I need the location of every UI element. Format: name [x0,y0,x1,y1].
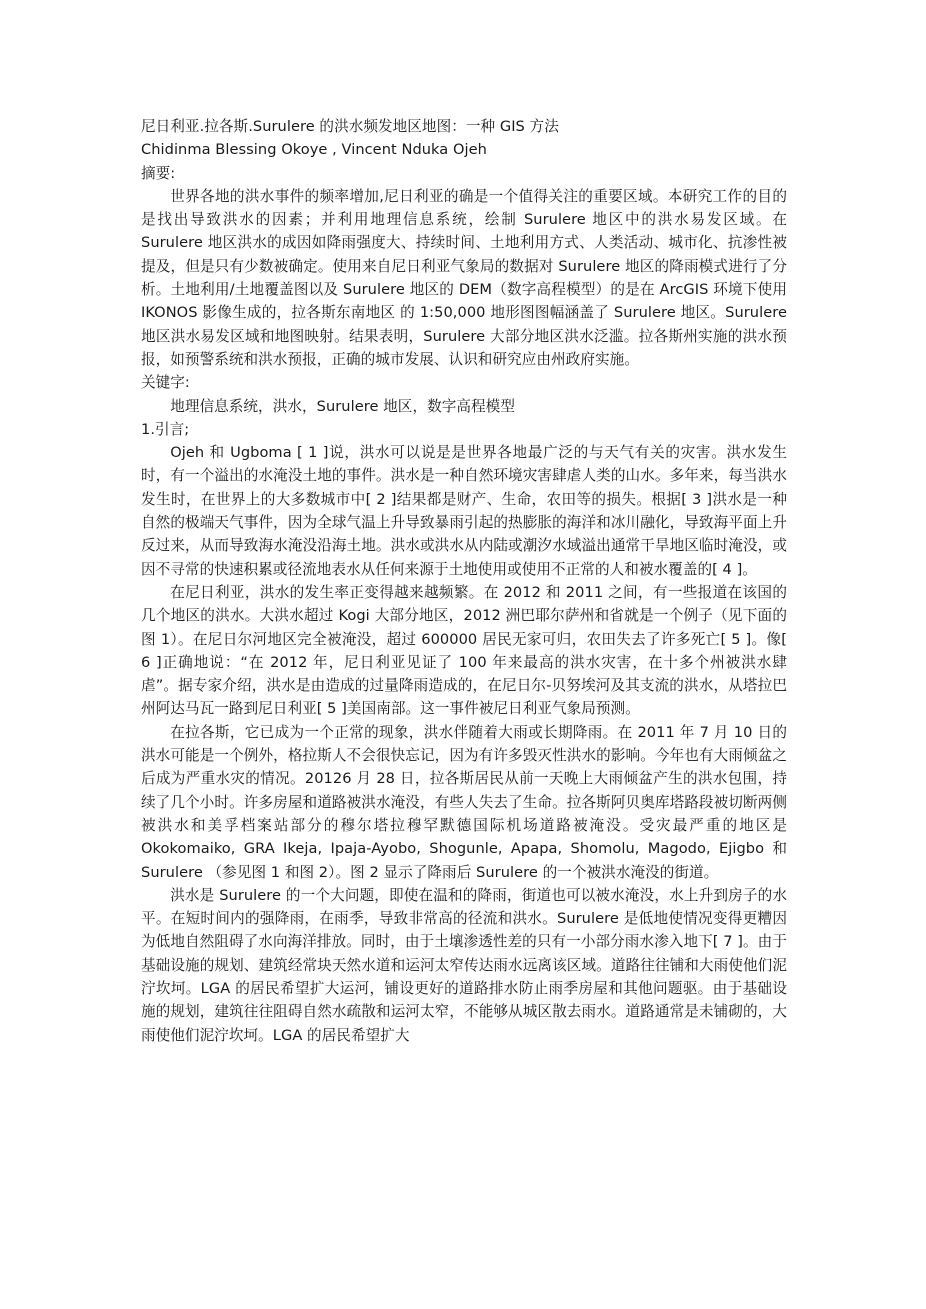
body-paragraph: 在拉各斯，它已成为一个正常的现象，洪水伴随着大雨或长期降雨。在 2011 年 7… [141,721,787,884]
abstract-heading: 摘要: [141,162,787,185]
body-paragraph: 洪水是 Surulere 的一个大问题，即使在温和的降雨，街道也可以被水淹没，水… [141,884,787,1047]
body-paragraph: 在尼日利亚，洪水的发生率正变得越来越频繁。在 2012 和 2011 之间，有一… [141,581,787,721]
keywords-text: 地理信息系统，洪水，Surulere 地区，数字高程模型 [141,395,787,418]
paper-authors: Chidinma Blessing Okoye , Vincent Nduka … [141,138,787,161]
section-heading-introduction: 1.引言; [141,418,787,441]
abstract-text: 世界各地的洪水事件的频率增加,尼日利亚的确是一个值得关注的重要区域。本研究工作的… [141,185,787,371]
keywords-heading: 关键字: [141,371,787,394]
document-page: 尼日利亚.拉各斯.Surulere 的洪水频发地区地图：一种 GIS 方法 Ch… [141,115,787,1047]
paper-title: 尼日利亚.拉各斯.Surulere 的洪水频发地区地图：一种 GIS 方法 [141,115,787,138]
body-paragraph: Ojeh 和 Ugboma [ 1 ]说，洪水可以说是是世界各地最广泛的与天气有… [141,441,787,581]
